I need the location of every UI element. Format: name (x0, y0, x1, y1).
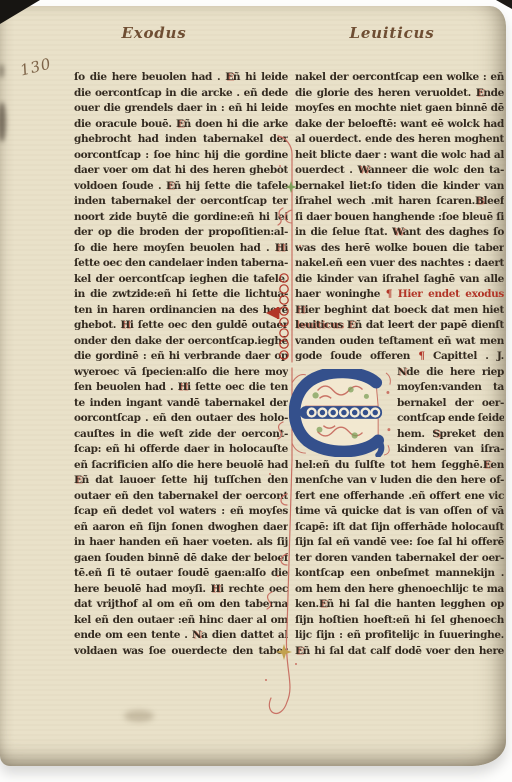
left-edge-smudge (0, 102, 6, 142)
text-line: gode ſoude offeren ¶ Capittel . J. (295, 349, 504, 365)
text-line: ſijn hoſtien hoeft:eñ hi ſel ghenoech (295, 613, 504, 629)
illuminated-initial (289, 369, 393, 457)
text-line: ken.Eñ hi ſal die hanten legghen op (295, 597, 504, 613)
text-line: heit blicte daer : want die wolc had al (295, 148, 504, 164)
text-line: ter doren vanden tabernakel der oer- (295, 551, 504, 567)
text-line: Eñ hi ſal dat calf dodē voer den here (295, 644, 504, 660)
manuscript-page: Exodus Leuiticus 130 ſo die here beuolen… (0, 6, 506, 766)
divider-line (278, 136, 292, 362)
text-line: moyſes en mochte niet gaen binnē dē (295, 101, 504, 117)
descender-flourish (269, 460, 292, 713)
text-line: was des herē wolke bouen die taber (295, 241, 504, 257)
text-line: die oercontſcap in die arcke . eñ dede (74, 86, 288, 102)
text-line: iſrahel wech .mit haren ſcaren.Bleef (295, 194, 504, 210)
text-line: ſijn ſal eñ vandē vee: ſoe ſal hi offerē (295, 535, 504, 551)
photo-corner-shadow (496, 0, 512, 9)
text-line: die kinder van iſrahel ſaghē van alle (295, 272, 504, 288)
text-line: ſo die here beuolen had . Eñ hi leide (74, 70, 288, 86)
photo-background: Exodus Leuiticus 130 ſo die here beuolen… (0, 0, 512, 782)
left-edge-smudge (0, 64, 4, 78)
pilcrow-marker (266, 307, 279, 319)
text-line: kontſcap een onbeſmet mannekijn . (295, 566, 504, 582)
text-line: nakel der oercontſcap een wolke : eñ (295, 70, 504, 86)
text-line: om hem den here ghenoechlijc te ma (295, 582, 504, 598)
text-line: ſi daer bouen hanghende :ſoe bleuē ſi (295, 210, 504, 226)
text-line: in die ſelue ſtat. Want des daghes ſo (295, 225, 504, 241)
text-line: ouer die grendels daer in : eñ hi leide (74, 101, 288, 117)
text-line: ſcapē: iſt dat ſijn offerhāde holocauſt (295, 520, 504, 536)
text-line: bernakel liet:ſo tiden die kinder van (295, 179, 504, 195)
paper-stain (124, 710, 154, 722)
chain-ornament (280, 274, 288, 359)
text-line: vanden ouden teſtament eñ wat men (295, 334, 504, 350)
text-line: lijc ſijn : eñ profitelijc in ſuueringhe… (295, 628, 504, 644)
text-line: haer woninghe ¶ Hier endet exodus (295, 287, 504, 303)
text-line: leuiticus Eñ dat leert der papē dienſt (295, 318, 504, 334)
text-line: die glorie des heren veruoldet. Ende (295, 86, 504, 102)
text-line: time vā quicke dat is van oſſen of vā (295, 504, 504, 520)
text-line: menſche van v luden die den here of- (295, 473, 504, 489)
star-sparkle-gold-icon (276, 644, 292, 660)
text-line: nakel.eñ een vuer des nachtes : daert (295, 256, 504, 272)
text-line: al ouerdect. ende des heren moghent (295, 132, 504, 148)
text-line: hel:eñ du ſulſte tot hem ſegghē.Een (295, 458, 504, 474)
text-line: dake der beloeftē: want eē wolck had (295, 117, 504, 133)
text-line: ouerdect . Wanneer die wolc den ta- (295, 163, 504, 179)
folio-number: 130 (18, 54, 53, 79)
star-sparkle-green-icon (285, 181, 297, 193)
text-column-right: nakel der oercontſcap een wolke : eñdie … (295, 70, 504, 662)
text-line: Hier beghint dat boeck dat men hiet (295, 303, 504, 319)
running-header-leuiticus: Leuiticus (344, 24, 440, 46)
running-header-exodus: Exodus (108, 24, 200, 46)
text-line: fert ene offerhande .eñ offert ene vic (295, 489, 504, 505)
